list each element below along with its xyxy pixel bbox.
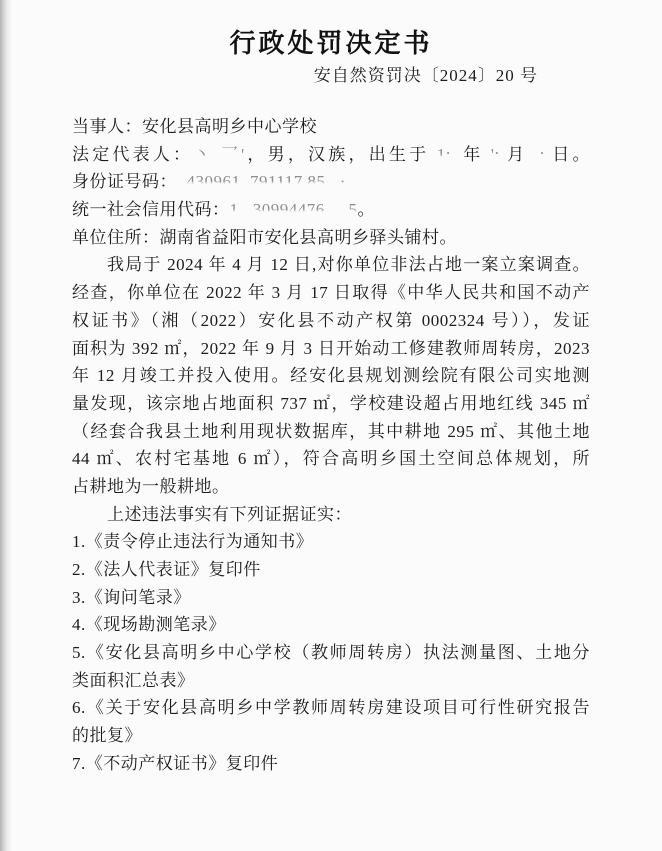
doc-line: 1.《责令停止违法行为通知书》 xyxy=(72,528,590,556)
doc-line: 6.《关于安化县高明乡中学教师周转房建设项目可行性研究报告 xyxy=(72,694,590,722)
doc-text: 。 xyxy=(358,200,376,219)
redacted-text: 丶 乛' xyxy=(193,145,244,164)
redacted-text: 430961 791117 85 · xyxy=(177,172,346,191)
doc-text: 年 xyxy=(456,145,491,164)
doc-text: 法定代表人： xyxy=(72,145,193,164)
scan-edge-shadow xyxy=(0,0,13,851)
doc-text: 7.《不动产权证书》复印件 xyxy=(72,754,278,773)
doc-text: 我局于 2024 年 4 月 12 日,对你单位非法占地一案立案调查。 xyxy=(107,255,590,274)
document-title: 行政处罚决定书 xyxy=(0,0,662,59)
redacted-text: 1 30994476 5 xyxy=(230,200,358,219)
doc-line: 7.《不动产权证书》复印件 xyxy=(72,750,590,778)
doc-text: ，男，汉族，出生于 xyxy=(245,145,437,164)
doc-text: 经查，你单位在 2022 年 3 月 17 日取得《中华人民共和国不动产 xyxy=(72,283,590,302)
doc-line: 经查，你单位在 2022 年 3 月 17 日取得《中华人民共和国不动产 xyxy=(72,279,590,307)
doc-line: 当事人：安化县高明乡中心学校 xyxy=(72,113,590,141)
doc-text: 占耕地为一般耕地。 xyxy=(72,477,230,496)
doc-text: 6.《关于安化县高明乡中学教师周转房建设项目可行性研究报告 xyxy=(72,698,590,717)
redacted-text: ': xyxy=(491,145,500,164)
document-body: 当事人：安化县高明乡中心学校法定代表人：丶 乛'，男，汉族，出生于 1;. 年 … xyxy=(72,113,590,778)
doc-text: 5.《安化县高明乡中心学校（教师周转房）执法测量图、土地分 xyxy=(72,643,590,662)
doc-line: 量发现，该宗地占地面积 737 ㎡，学校建设超占用地红线 345 ㎡ xyxy=(72,390,590,418)
redacted-text: .; xyxy=(535,145,545,164)
doc-line: 的批复》 xyxy=(72,722,590,750)
doc-line: 年 12 月竣工并投入使用。经安化县规划测绘院有限公司实地测 xyxy=(72,362,590,390)
doc-text: （经套合我县土地利用现状数据库，其中耕地 295 ㎡、其他土地 xyxy=(72,422,590,441)
doc-line: 身份证号码： 430961 791117 85 · xyxy=(72,168,590,196)
doc-line: 权证书》（湘（2022）安化县不动产权第 0002324 号）），发证 xyxy=(72,307,590,335)
doc-text: 量发现，该宗地占地面积 737 ㎡，学校建设超占用地红线 345 ㎡ xyxy=(72,394,590,413)
doc-text: 44 ㎡、农村宅基地 6 ㎡），符合高明乡国土空间总体规划，所 xyxy=(72,449,590,468)
doc-line: 我局于 2024 年 4 月 12 日,对你单位非法占地一案立案调查。 xyxy=(72,251,590,279)
doc-line: 单位住所：湖南省益阳市安化县高明乡驿头铺村。 xyxy=(72,224,590,252)
doc-text: 年 12 月竣工并投入使用。经安化县规划测绘院有限公司实地测 xyxy=(72,366,590,385)
doc-text: 3.《询问笔录》 xyxy=(72,588,191,607)
doc-line: 44 ㎡、农村宅基地 6 ㎡），符合高明乡国土空间总体规划，所 xyxy=(72,445,590,473)
doc-line: （经套合我县土地利用现状数据库，其中耕地 295 ㎡、其他土地 xyxy=(72,418,590,446)
doc-line: 3.《询问笔录》 xyxy=(72,584,590,612)
doc-line: 5.《安化县高明乡中心学校（教师周转房）执法测量图、土地分 xyxy=(72,639,590,667)
doc-line: 上述违法事实有下列证据证实： xyxy=(72,501,590,529)
doc-line: 统一社会信用代码：1 30994476 5。 xyxy=(72,196,590,224)
doc-text: 面积为 392 ㎡，2022 年 9 月 3 日开始动工修建教师周转房，2023 xyxy=(72,339,590,358)
doc-text: 的批复》 xyxy=(72,726,142,745)
doc-text: 4.《现场勘测笔录》 xyxy=(72,615,226,634)
doc-line: 4.《现场勘测笔录》 xyxy=(72,611,590,639)
doc-text: 当事人：安化县高明乡中心学校 xyxy=(72,117,317,136)
redacted-text: 1;. xyxy=(437,145,456,164)
doc-text: 上述违法事实有下列证据证实： xyxy=(107,505,352,524)
doc-line: 占耕地为一般耕地。 xyxy=(72,473,590,501)
doc-text: 身份证号码： xyxy=(72,172,177,191)
doc-line: 2.《法人代表证》复印件 xyxy=(72,556,590,584)
doc-text: 2.《法人代表证》复印件 xyxy=(72,560,261,579)
doc-text: 日。 xyxy=(545,145,590,164)
doc-text: 1.《责令停止违法行为通知书》 xyxy=(72,532,313,551)
doc-text: 统一社会信用代码： xyxy=(72,200,230,219)
doc-text: 单位住所：湖南省益阳市安化县高明乡驿头铺村。 xyxy=(72,228,457,247)
doc-text: 权证书》（湘（2022）安化县不动产权第 0002324 号）），发证 xyxy=(72,311,590,330)
doc-line: 面积为 392 ㎡，2022 年 9 月 3 日开始动工修建教师周转房，2023 xyxy=(72,335,590,363)
doc-line: 类面积汇总表》 xyxy=(72,667,590,695)
doc-text: 月 xyxy=(500,145,535,164)
scanned-document-page: 行政处罚决定书 安自然资罚决〔2024〕20 号 当事人：安化县高明乡中心学校法… xyxy=(0,0,662,851)
doc-line: 法定代表人：丶 乛'，男，汉族，出生于 1;. 年 ': 月 .; 日。 xyxy=(72,141,590,169)
doc-text: 类面积汇总表》 xyxy=(72,671,195,690)
document-number: 安自然资罚决〔2024〕20 号 xyxy=(0,65,662,87)
